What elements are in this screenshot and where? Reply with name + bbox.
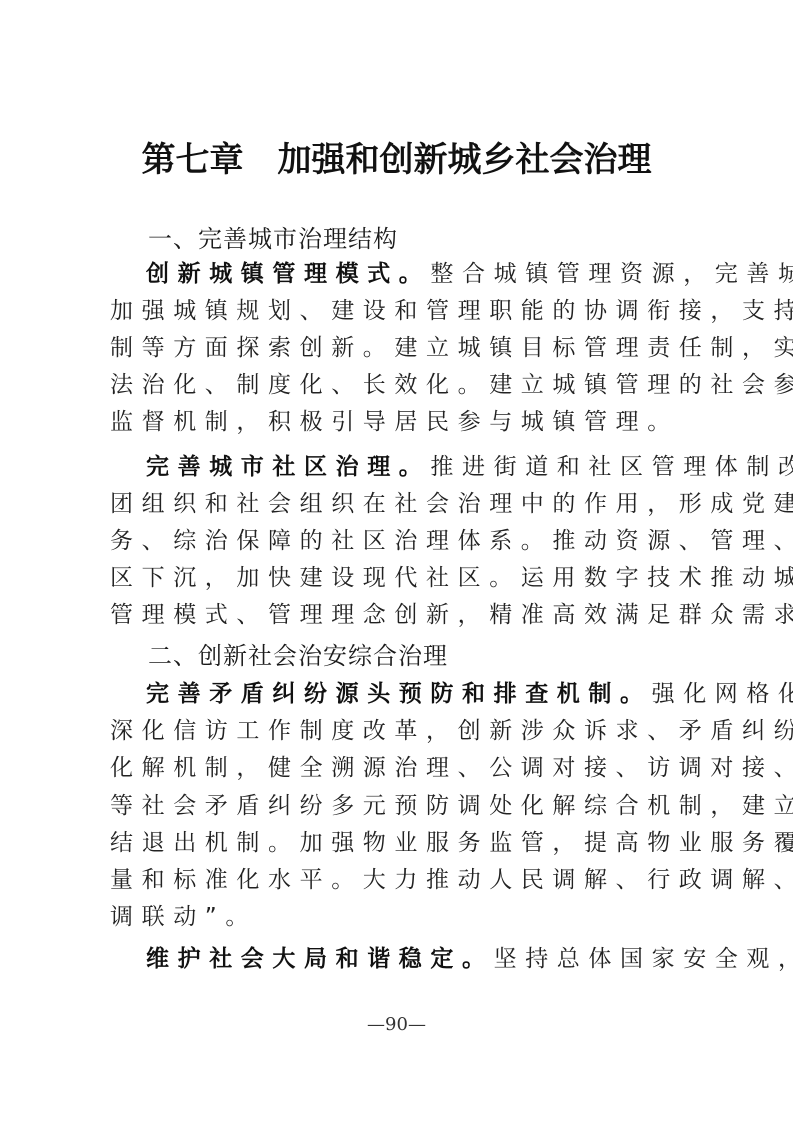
paragraph-lead: 完善矛盾纠纷源头预防和排查机制。	[146, 681, 652, 707]
paragraph-text: 整合城镇管理资源，完善城镇管理标准，	[430, 261, 793, 287]
paragraph-line: 量和标准化水平。大力推动人民调解、行政调解、司法调解“三	[110, 865, 710, 895]
section-heading-1: 一、完善城市治理结构	[148, 224, 398, 254]
paragraph-line: 等社会矛盾纠纷多元预防调处化解综合机制，建立常态化信访终	[110, 791, 710, 821]
document-page: 第七章 加强和创新城乡社会治理 一、完善城市治理结构 创新城镇管理模式。整合城镇…	[0, 0, 793, 1122]
paragraph-line: 务、综治保障的社区治理体系。推动资源、管理、服务向街道社	[110, 526, 710, 556]
paragraph-lead: 完善城市社区治理。	[146, 454, 430, 480]
paragraph-text: 坚持总体国家安全观，加强安全体	[494, 946, 793, 972]
paragraph-text: 强化网格化服务管理，	[652, 681, 793, 707]
paragraph-line: 法治化、制度化、长效化。建立城镇管理的社会参与、舆论引导	[110, 370, 710, 400]
paragraph-line: 完善矛盾纠纷源头预防和排查机制。强化网格化服务管理，	[146, 679, 746, 709]
paragraph-line: 管理模式、管理理念创新，精准高效满足群众需求。	[110, 600, 710, 630]
paragraph-line: 团组织和社会组织在社会治理中的作用，形成党建引领、综合服	[110, 489, 710, 519]
paragraph-line: 监督机制，积极引导居民参与城镇管理。	[110, 407, 710, 437]
page-number: —90—	[0, 1014, 793, 1035]
paragraph-line: 加强城镇规划、建设和管理职能的协调衔接，支持城镇在管理机	[110, 296, 710, 326]
paragraph-line: 区下沉，加快建设现代社区。运用数字技术推动城市管理手段、	[110, 563, 710, 593]
chapter-title: 第七章 加强和创新城乡社会治理	[0, 138, 793, 182]
paragraph-line: 制等方面探索创新。建立城镇目标管理责任制，实现城镇管理的	[110, 333, 710, 363]
paragraph-line: 深化信访工作制度改革，创新涉众诉求、矛盾纠纷依法及时就地	[110, 716, 710, 746]
section-heading-2: 二、创新社会治安综合治理	[148, 641, 448, 671]
paragraph-line: 完善城市社区治理。推进街道和社区管理体制改革，发挥群	[146, 452, 746, 482]
paragraph-text: 推进街道和社区管理体制改革，发挥群	[430, 454, 793, 480]
paragraph-line: 调联动”。	[110, 902, 710, 932]
paragraph-line: 维护社会大局和谐稳定。坚持总体国家安全观，加强安全体	[146, 944, 746, 974]
paragraph-line: 创新城镇管理模式。整合城镇管理资源，完善城镇管理标准，	[146, 259, 746, 289]
paragraph-lead: 创新城镇管理模式。	[146, 261, 430, 287]
paragraph-line: 化解机制，健全溯源治理、公调对接、访调对接、律师参与接访	[110, 753, 710, 783]
paragraph-lead: 维护社会大局和谐稳定。	[146, 946, 494, 972]
paragraph-line: 结退出机制。加强物业服务监管，提高物业服务覆盖率、服务质	[110, 828, 710, 858]
